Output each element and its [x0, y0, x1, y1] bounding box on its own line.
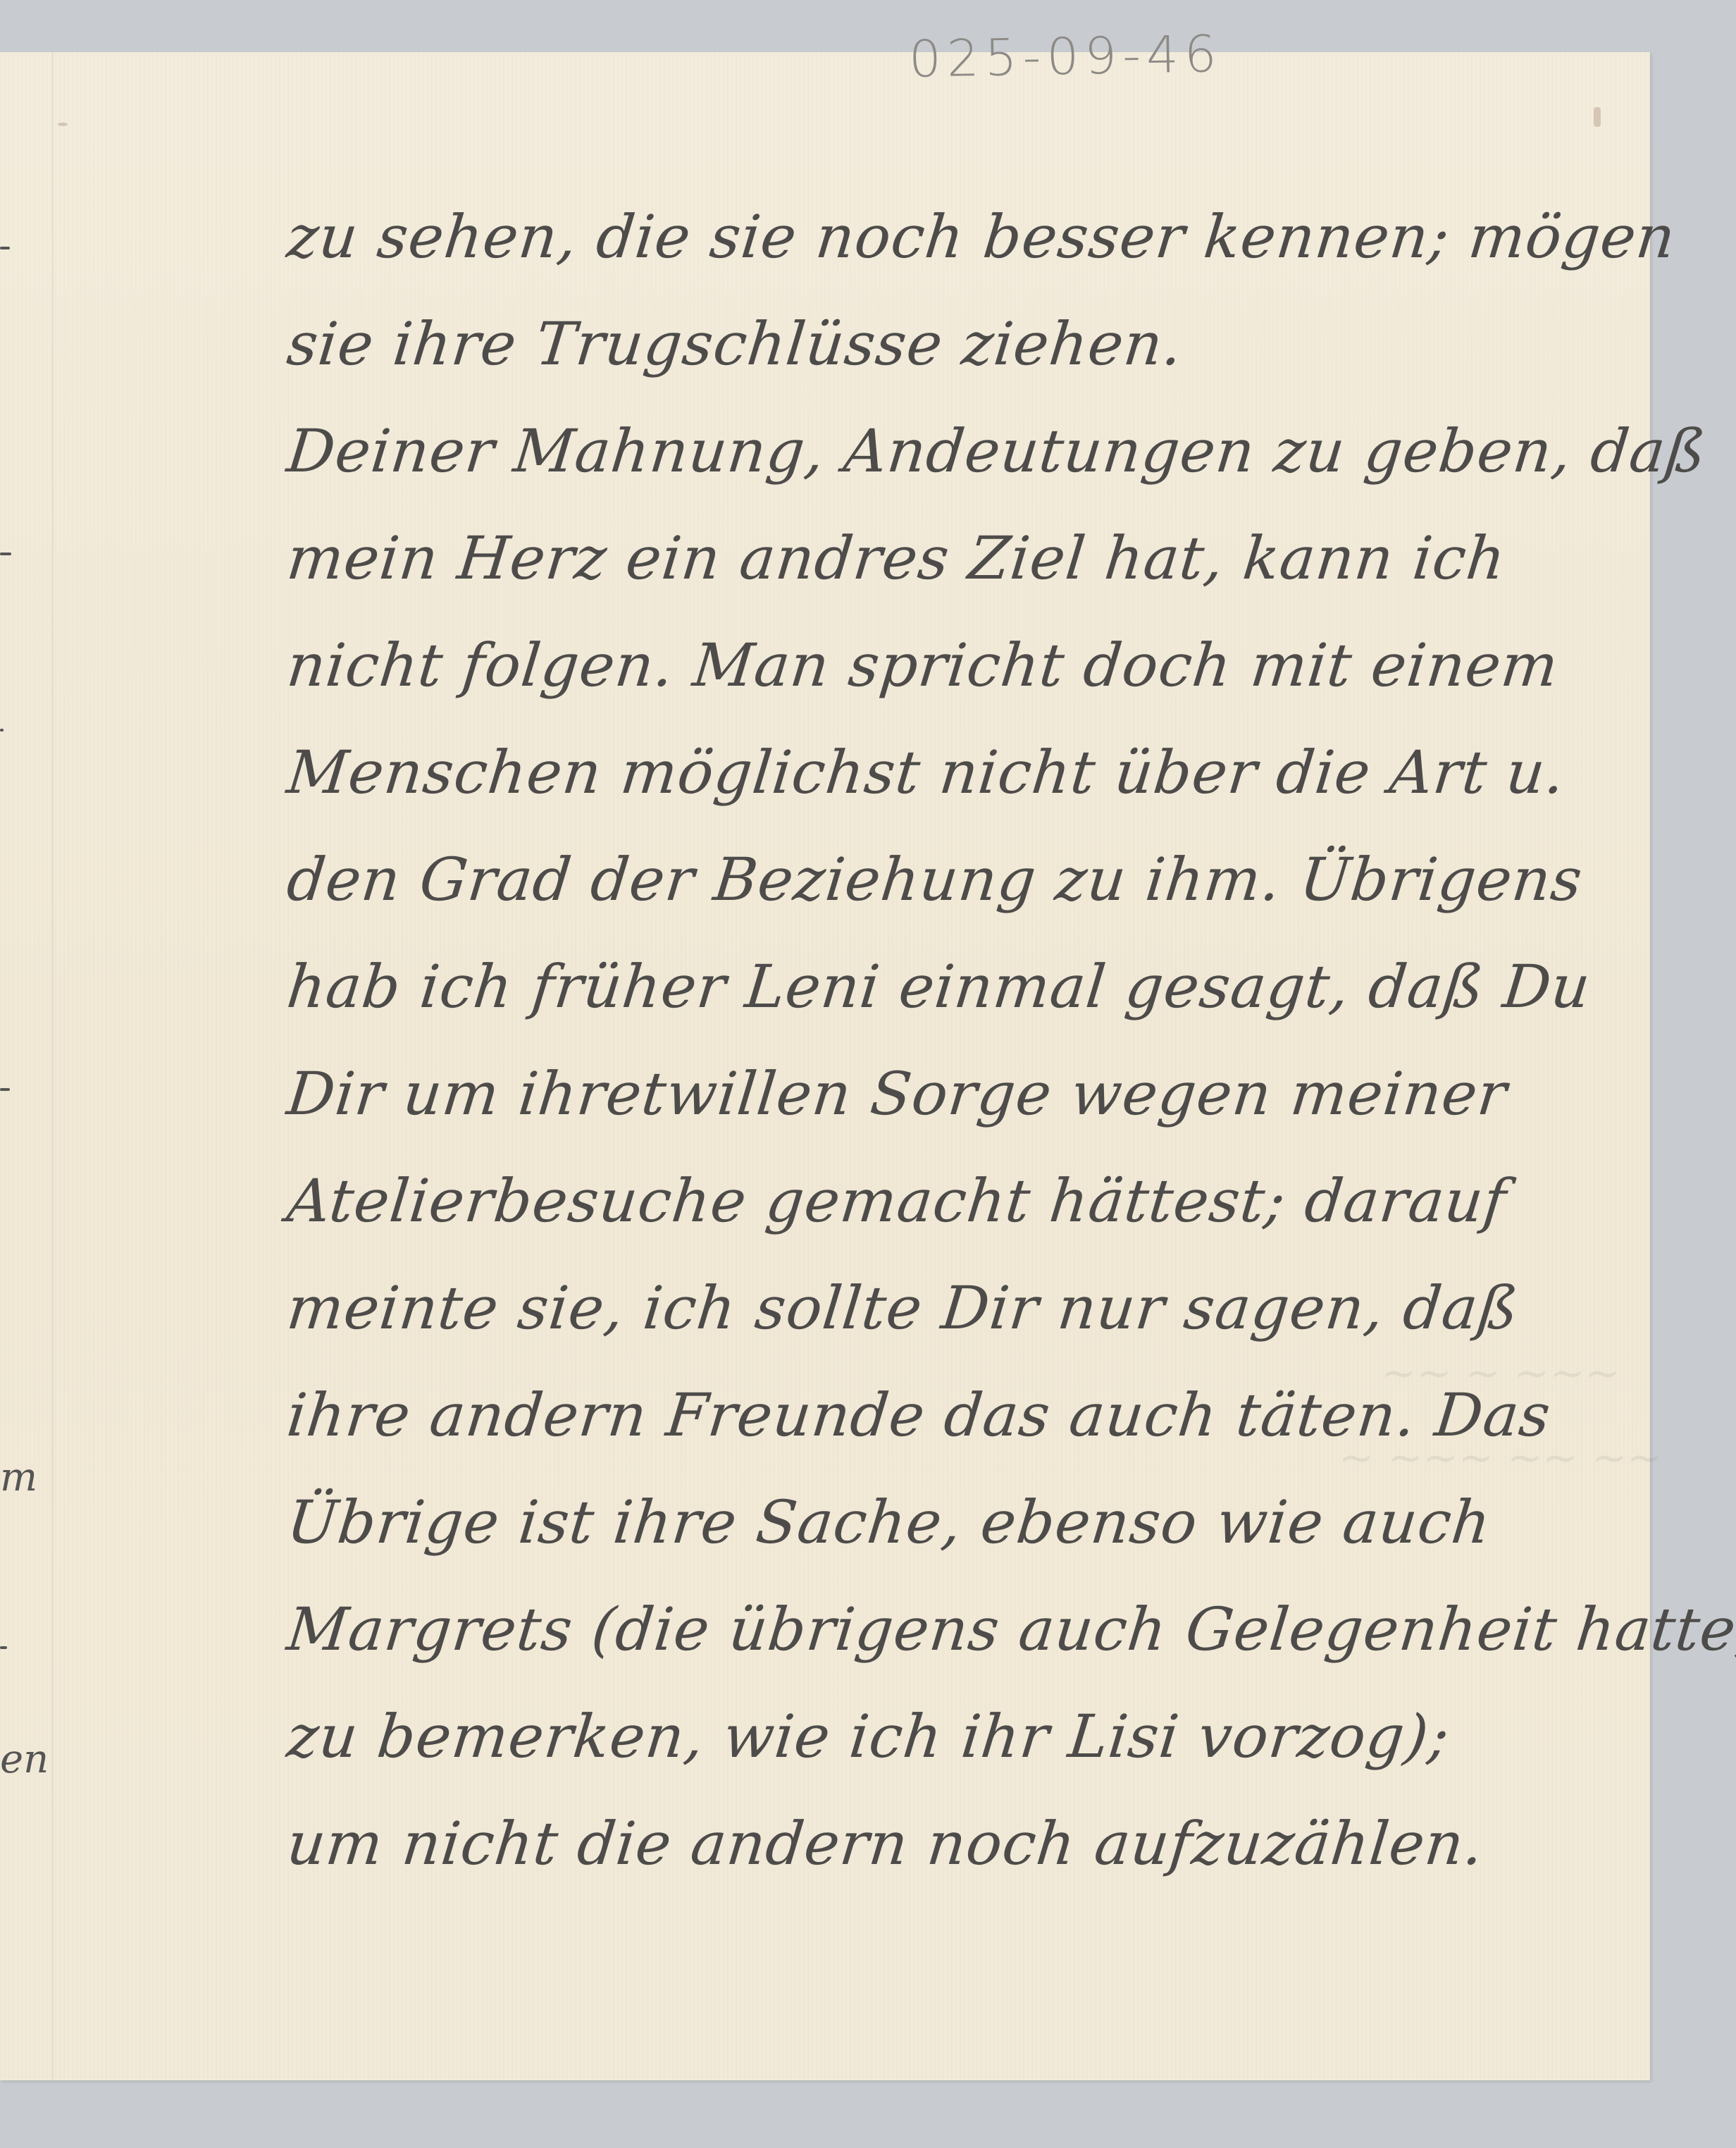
fragment-word: en — [0, 1736, 49, 1782]
letter-line: Deiner Mahnung, Andeutungen zu geben, da… — [282, 397, 1632, 505]
paper-stain — [58, 123, 68, 126]
letter-line: nicht folgen. Man spricht doch mit einem — [282, 612, 1632, 719]
letter-line: mein Herz ein andres Ziel hat, kann ich — [282, 505, 1632, 612]
ink-fragment — [0, 247, 10, 249]
letter-line: zu bemerken, wie ich ihr Lisi vorzog); — [282, 1683, 1632, 1790]
fragment-word: m — [0, 1455, 37, 1500]
letter-line: um nicht die andern noch aufzuzählen. — [282, 1790, 1632, 1897]
letter-line: Dir um ihretwillen Sorge wegen meiner — [282, 1040, 1632, 1147]
letter-line: Übrige ist ihre Sache, ebenso wie auch — [282, 1469, 1632, 1576]
ink-fragment — [0, 553, 11, 555]
letter-line: sie ihre Trugschlüsse ziehen. — [282, 290, 1632, 397]
letter-line: Atelierbesuche gemacht hättest; darauf — [282, 1147, 1632, 1254]
letter-line: den Grad der Beziehung zu ihm. Übrigens — [282, 826, 1632, 933]
letter-body: zu sehen, die sie noch besser kennen; mö… — [282, 183, 1620, 1897]
letter-line: Menschen möglichst nicht über die Art u. — [282, 719, 1632, 826]
ink-fragment — [0, 729, 4, 732]
letter-line: ihre andern Freunde das auch täten. Das — [282, 1362, 1632, 1469]
ink-fragment — [0, 1088, 10, 1091]
previous-page-fragments: m en — [0, 52, 52, 2080]
ink-fragment — [0, 1646, 7, 1649]
page-fold-line — [52, 52, 54, 2080]
letter-line: meinte sie, ich sollte Dir nur sagen, da… — [282, 1254, 1632, 1362]
archive-reference-number: 025-09-46 — [908, 24, 1222, 89]
letter-line: hab ich früher Leni einmal gesagt, daß D… — [282, 933, 1632, 1040]
letter-line: zu sehen, die sie noch besser kennen; mö… — [282, 183, 1632, 290]
paper-stain — [1594, 107, 1601, 127]
letter-line: Margrets (die übrigens auch Gelegenheit … — [282, 1576, 1632, 1683]
